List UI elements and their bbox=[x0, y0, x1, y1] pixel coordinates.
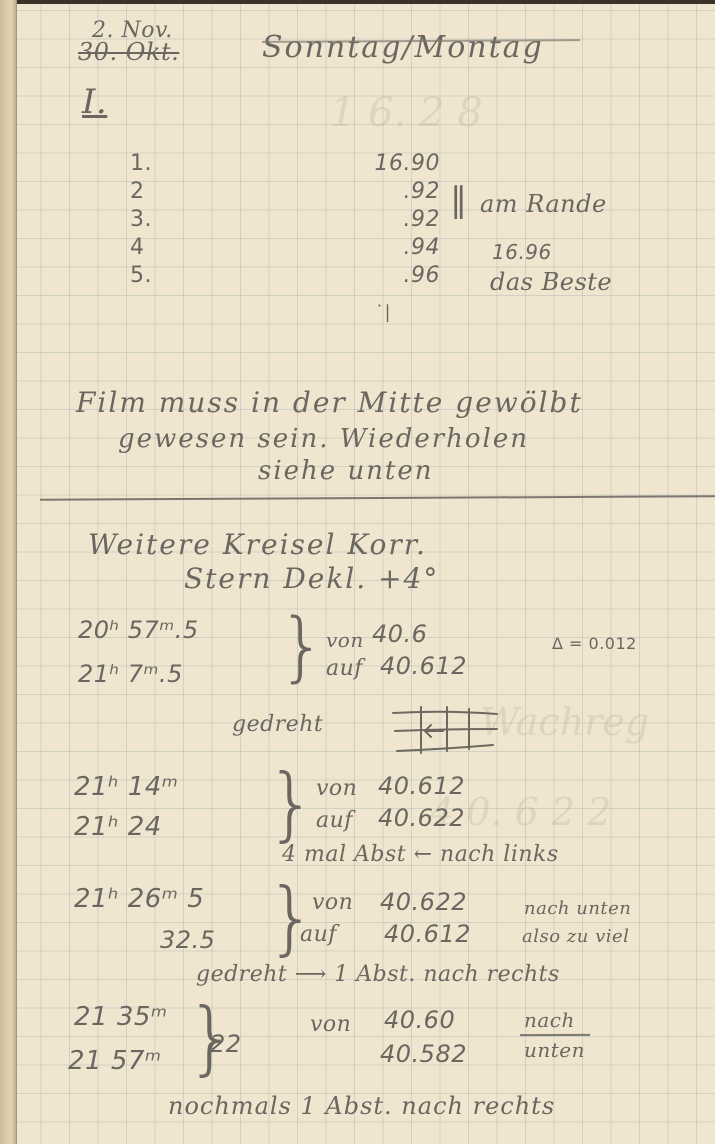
entry-4-span: 22 bbox=[210, 1030, 242, 1058]
measurement-value: .92 bbox=[330, 178, 440, 206]
section-divider bbox=[40, 495, 715, 501]
entry-3-from-label: von bbox=[312, 890, 353, 915]
entry-2-from-label: von bbox=[316, 776, 357, 801]
section2-title: Weitere Kreisel Korr. bbox=[88, 528, 427, 561]
entry-1-from-label: von bbox=[326, 628, 364, 652]
measurement-value: .94 bbox=[330, 234, 440, 262]
entry-2-from-value: 40.612 bbox=[378, 772, 465, 800]
entry-4-note-divider bbox=[520, 1034, 590, 1036]
entry-2-to-value: 40.622 bbox=[378, 804, 465, 832]
measurement-value: .96 bbox=[330, 262, 440, 290]
entry-3-time-end: 32.5 bbox=[160, 926, 215, 954]
entry-1-delta: Δ = 0.012 bbox=[552, 634, 637, 653]
section2-subtitle: Stern Dekl. +4° bbox=[184, 562, 439, 595]
turned-label: gedreht bbox=[232, 712, 323, 737]
entry-1-from-value: 40.6 bbox=[372, 620, 427, 648]
bleed-through-text: Wachreg bbox=[480, 700, 649, 744]
entry-2-to-label: auf bbox=[316, 808, 353, 833]
entry-4-time-start: 21 35ᵐ bbox=[74, 1002, 168, 1032]
entry-1-to-value: 40.612 bbox=[380, 652, 467, 680]
entry-4-note-1: nach bbox=[524, 1008, 575, 1032]
remark-line-1: Film muss in der Mitte gewölbt bbox=[76, 386, 583, 419]
measurement-index-column: 1. 2 3. 4 5. bbox=[130, 150, 152, 290]
measurement-index: 2 bbox=[130, 178, 152, 206]
entry-1-time-end: 21ʰ 7ᵐ.5 bbox=[78, 660, 183, 688]
bracket-note: am Rande bbox=[480, 190, 607, 218]
section-number: I. bbox=[82, 82, 107, 122]
entry-3-note-2: also zu viel bbox=[522, 926, 629, 947]
best-note: das Beste bbox=[490, 268, 612, 296]
entry-1-to-label: auf bbox=[326, 656, 363, 681]
measurement-index: 3. bbox=[130, 206, 152, 234]
alt-value: 16.96 bbox=[492, 240, 552, 264]
entry-3-time-start: 21ʰ 26ᵐ 5 bbox=[74, 884, 204, 914]
entry-4-from-label: von bbox=[310, 1012, 351, 1037]
reticle-sketch-icon bbox=[385, 703, 505, 759]
bleed-through-text: 1 6. 2 8 bbox=[330, 90, 483, 136]
entry-3-to-label: auf bbox=[300, 922, 337, 947]
measurement-index: 4 bbox=[130, 234, 152, 262]
date-struck: 30. Okt. bbox=[78, 38, 179, 66]
entry-3-to-value: 40.612 bbox=[384, 920, 471, 948]
entry-4-to-value: 40.582 bbox=[380, 1040, 467, 1068]
entry-3-note-1: nach unten bbox=[524, 898, 631, 919]
entry-2-time-end: 21ʰ 24 bbox=[74, 812, 162, 842]
entry-4-from-value: 40.60 bbox=[384, 1006, 455, 1034]
measurement-value: .92 bbox=[330, 206, 440, 234]
tick-mark: ˙| bbox=[375, 302, 391, 323]
entry-2-annotation: 4 mal Abst ← nach links bbox=[282, 842, 559, 867]
entry-3-from-value: 40.622 bbox=[380, 888, 467, 916]
page-top-edge bbox=[0, 0, 715, 4]
day-heading: Sonntag/Montag bbox=[262, 30, 544, 65]
entry-1-time-start: 20ʰ 57ᵐ.5 bbox=[78, 616, 199, 644]
entry-4-note-2: unten bbox=[524, 1038, 585, 1062]
measurement-index: 1. bbox=[130, 150, 152, 178]
entry-1-brace: } bbox=[278, 608, 326, 684]
entry-4-time-end: 21 57ᵐ bbox=[68, 1046, 162, 1076]
notebook-binding bbox=[0, 0, 17, 1144]
entry-2-time-start: 21ʰ 14ᵐ bbox=[74, 772, 179, 802]
measurement-value-column: 16.90 .92 .92 .94 .96 bbox=[330, 150, 440, 290]
parallel-mark: ‖ bbox=[450, 180, 468, 220]
entry-2-brace: } bbox=[266, 764, 317, 844]
notebook-page: 1 6. 2 8 Wachreg 4 0. 6 2 2 2. Nov. 30. … bbox=[0, 0, 715, 1144]
remark-line-3: siehe unten bbox=[258, 456, 434, 486]
measurement-value: 16.90 bbox=[330, 150, 440, 178]
entry-4-annotation: nochmals 1 Abst. nach rechts bbox=[168, 1092, 555, 1120]
entry-3-annotation: gedreht ⟶ 1 Abst. nach rechts bbox=[196, 962, 560, 987]
remark-line-2: gewesen sein. Wiederholen bbox=[118, 424, 529, 454]
measurement-index: 5. bbox=[130, 262, 152, 290]
